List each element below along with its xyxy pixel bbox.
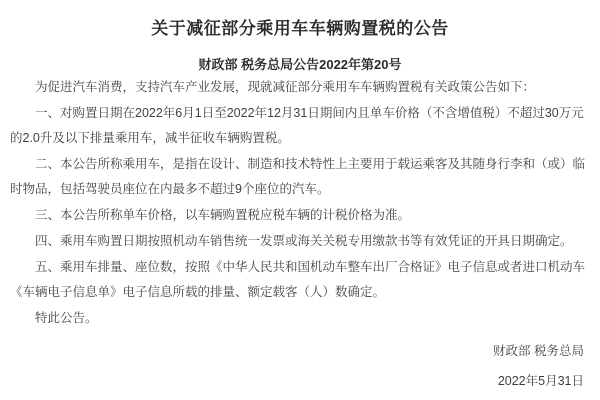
- document-body: 为促进汽车消费，支持汽车产业发展，现就减征部分乘用车车辆购置税有关政策公告如下：…: [10, 75, 590, 331]
- paragraph-intro: 为促进汽车消费，支持汽车产业发展，现就减征部分乘用车车辆购置税有关政策公告如下：: [10, 75, 590, 100]
- paragraph-closing: 特此公告。: [10, 306, 590, 331]
- document-title: 关于减征部分乘用车车辆购置税的公告: [10, 18, 590, 40]
- paragraph-item-5: 五、乘用车排量、座位数，按照《中华人民共和国机动车整车出厂合格证》电子信息或者进…: [10, 255, 590, 305]
- paragraph-item-2: 二、本公告所称乘用车，是指在设计、制造和技术特性上主要用于载运乘客及其随身行李和…: [10, 152, 590, 202]
- paragraph-item-4: 四、乘用车购置日期按照机动车销售统一发票或海关关税专用缴款书等有效凭证的开具日期…: [10, 229, 590, 254]
- paragraph-item-1: 一、对购置日期在2022年6月1日至2022年12月31日期间内且单车价格（不含…: [10, 101, 590, 151]
- paragraph-item-3: 三、本公告所称单车价格，以车辆购置税应税车辆的计税价格为准。: [10, 203, 590, 228]
- issuer-signature: 财政部 税务总局: [10, 339, 590, 364]
- document-number: 财政部 税务总局公告2022年第20号: [10, 57, 590, 73]
- issue-date: 2022年5月31日: [10, 369, 590, 394]
- announcement-document: 关于减征部分乘用车车辆购置税的公告 财政部 税务总局公告2022年第20号 为促…: [0, 0, 600, 400]
